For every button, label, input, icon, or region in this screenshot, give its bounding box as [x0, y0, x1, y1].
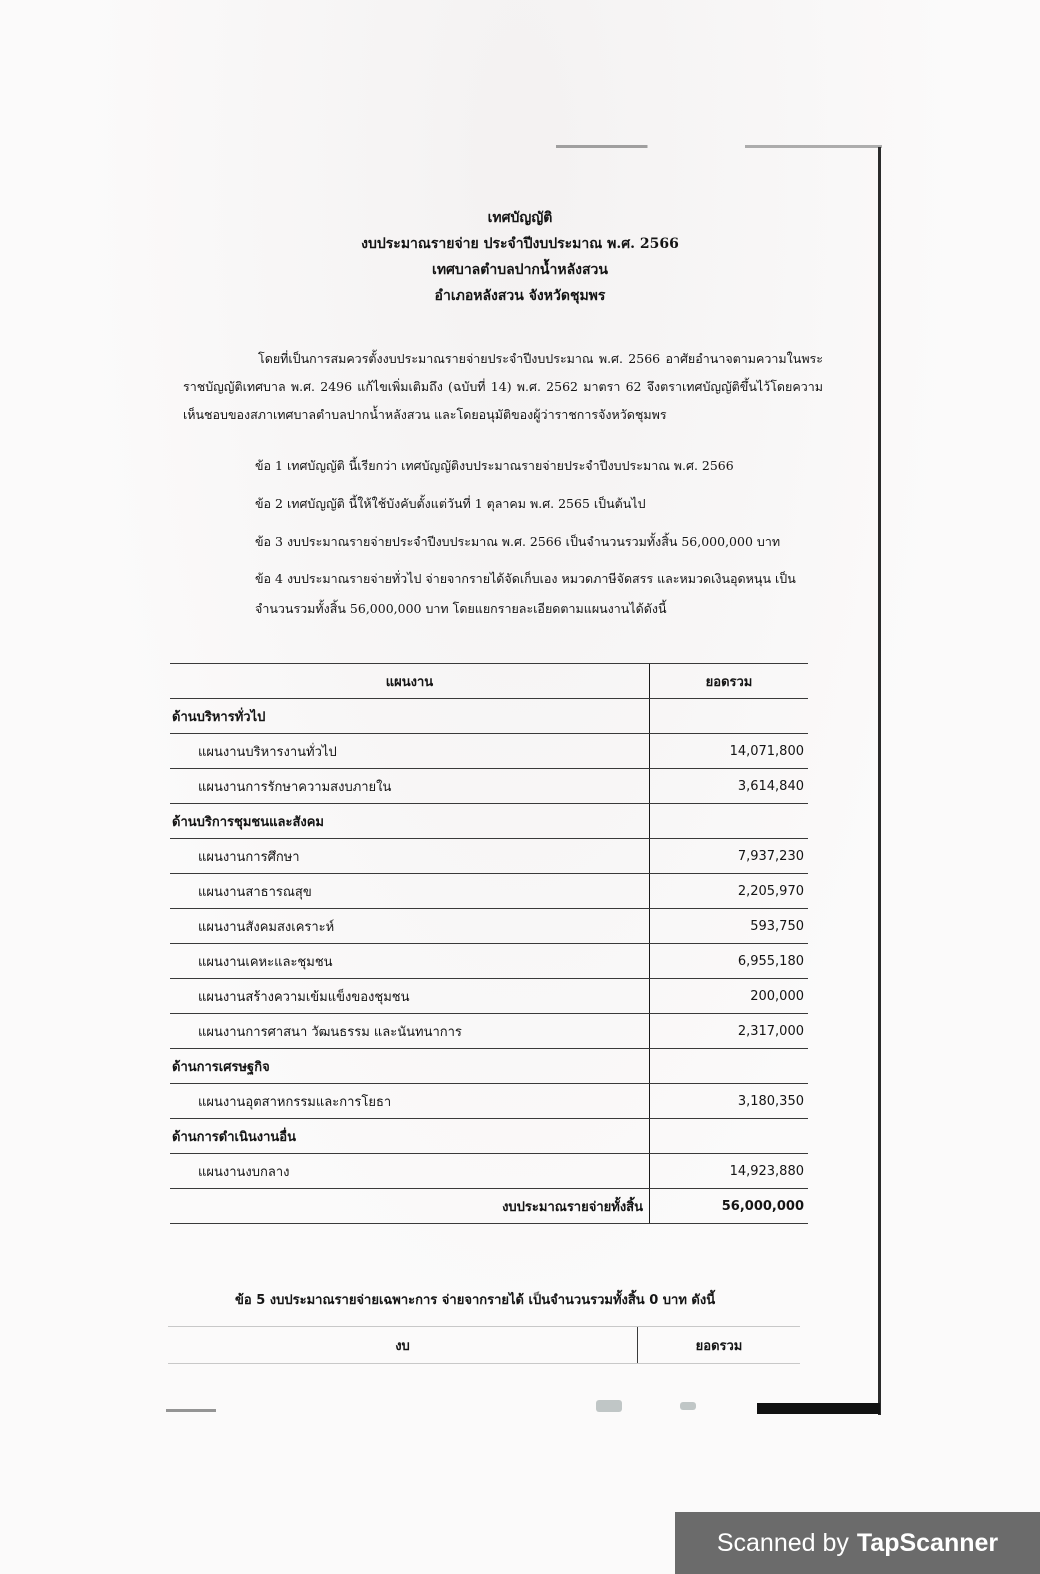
watermark-brand: TapScanner [857, 1529, 998, 1558]
plan-name: แผนงานบริหารงานทั่วไป [170, 734, 650, 769]
specific-budget-table: งบ ยอดรวม [168, 1326, 800, 1364]
plan-amount: 2,205,970 [650, 874, 809, 909]
scanner-watermark: Scanned by TapScanner [675, 1512, 1040, 1574]
clause-2: ข้อ 2 เทศบัญญัติ นี้ให้ใช้บังคับตั้งแต่ว… [255, 490, 815, 518]
preamble-paragraph: โดยที่เป็นการสมควรตั้งงบประมาณรายจ่ายประ… [183, 345, 823, 429]
table-row: แผนงานการศาสนา วัฒนธรรม และนันทนาการ2,31… [170, 1014, 808, 1049]
section-row: ด้านการเศรษฐกิจ [170, 1049, 808, 1084]
table-row: แผนงานบริหารงานทั่วไป14,071,800 [170, 734, 808, 769]
plan-amount: 56,000,000 [650, 1189, 809, 1224]
title-line: เทศบาลตำบลปากน้ำหลังสวน [330, 257, 710, 283]
table-row: แผนงานการรักษาความสงบภายใน3,614,840 [170, 769, 808, 804]
plan-name: ด้านการดำเนินงานอื่น [170, 1119, 650, 1154]
section-row: ด้านบริหารทั่วไป [170, 699, 808, 734]
title-line: อำเภอหลังสวน จังหวัดชุมพร [330, 283, 710, 309]
title-line: เทศบัญญัติ [330, 205, 710, 231]
plan-amount [650, 804, 809, 839]
plan-name: ด้านบริหารทั่วไป [170, 699, 650, 734]
plan-name: แผนงานอุตสาหกรรมและการโยธา [170, 1084, 650, 1119]
page-edge-bottom [166, 1409, 216, 1412]
table-row: แผนงานการศึกษา7,937,230 [170, 839, 808, 874]
table-row: แผนงานเคหะและชุมชน6,955,180 [170, 944, 808, 979]
plan-name: งบประมาณรายจ่ายทั้งสิ้น [170, 1189, 650, 1224]
plan-name: ด้านบริการชุมชนและสังคม [170, 804, 650, 839]
plan-amount: 3,180,350 [650, 1084, 809, 1119]
plan-name: แผนงานสาธารณสุข [170, 874, 650, 909]
table-row: แผนงานงบกลาง14,923,880 [170, 1154, 808, 1189]
plan-amount: 2,317,000 [650, 1014, 809, 1049]
table-header-row: งบ ยอดรวม [168, 1327, 800, 1364]
title-line: งบประมาณรายจ่าย ประจำปีงบประมาณ พ.ศ. 256… [330, 231, 710, 257]
section-row: ด้านบริการชุมชนและสังคม [170, 804, 808, 839]
plan-amount: 3,614,840 [650, 769, 809, 804]
plan-name: ด้านการเศรษฐกิจ [170, 1049, 650, 1084]
page-edge-top [556, 145, 882, 148]
page-edge-shadow [757, 1403, 880, 1414]
plan-amount [650, 699, 809, 734]
budget-table: แผนงาน ยอดรวม ด้านบริหารทั่วไปแผนงานบริห… [170, 663, 808, 1224]
table-row: แผนงานอุตสาหกรรมและการโยธา3,180,350 [170, 1084, 808, 1119]
scan-smudge [596, 1400, 622, 1412]
header-plan: แผนงาน [170, 664, 650, 699]
total-row: งบประมาณรายจ่ายทั้งสิ้น56,000,000 [170, 1189, 808, 1224]
watermark-prefix: Scanned by [717, 1529, 849, 1558]
table-row: แผนงานสร้างความเข้มแข็งของชุมชน200,000 [170, 979, 808, 1014]
plan-amount: 7,937,230 [650, 839, 809, 874]
clause-3: ข้อ 3 งบประมาณรายจ่ายประจำปีงบประมาณ พ.ศ… [255, 528, 815, 556]
scan-smudge [680, 1402, 696, 1410]
plan-amount: 200,000 [650, 979, 809, 1014]
plan-amount [650, 1049, 809, 1084]
plan-amount: 14,923,880 [650, 1154, 809, 1189]
plan-amount: 6,955,180 [650, 944, 809, 979]
plan-name: แผนงานสร้างความเข้มแข็งของชุมชน [170, 979, 650, 1014]
header-budget: งบ [168, 1327, 638, 1364]
page-edge-right [878, 147, 881, 1415]
table-row: แผนงานสังคมสงเคราะห์593,750 [170, 909, 808, 944]
plan-name: แผนงานการศาสนา วัฒนธรรม และนันทนาการ [170, 1014, 650, 1049]
header-total: ยอดรวม [638, 1327, 801, 1364]
plan-name: แผนงานการรักษาความสงบภายใน [170, 769, 650, 804]
clause-1: ข้อ 1 เทศบัญญัติ นี้เรียกว่า เทศบัญญัติง… [255, 452, 815, 480]
table-header-row: แผนงาน ยอดรวม [170, 664, 808, 699]
table-row: แผนงานสาธารณสุข2,205,970 [170, 874, 808, 909]
plan-name: แผนงานการศึกษา [170, 839, 650, 874]
clause-5: ข้อ 5 งบประมาณรายจ่ายเฉพาะการ จ่ายจากราย… [235, 1287, 795, 1315]
plan-amount: 593,750 [650, 909, 809, 944]
plan-name: แผนงานสังคมสงเคราะห์ [170, 909, 650, 944]
clause-4: ข้อ 4 งบประมาณรายจ่ายทั่วไป จ่ายจากรายได… [255, 564, 815, 624]
plan-name: แผนงานงบกลาง [170, 1154, 650, 1189]
section-row: ด้านการดำเนินงานอื่น [170, 1119, 808, 1154]
document-title: เทศบัญญัติ งบประมาณรายจ่าย ประจำปีงบประม… [330, 205, 710, 309]
plan-amount [650, 1119, 809, 1154]
plan-name: แผนงานเคหะและชุมชน [170, 944, 650, 979]
plan-amount: 14,071,800 [650, 734, 809, 769]
header-total: ยอดรวม [650, 664, 809, 699]
